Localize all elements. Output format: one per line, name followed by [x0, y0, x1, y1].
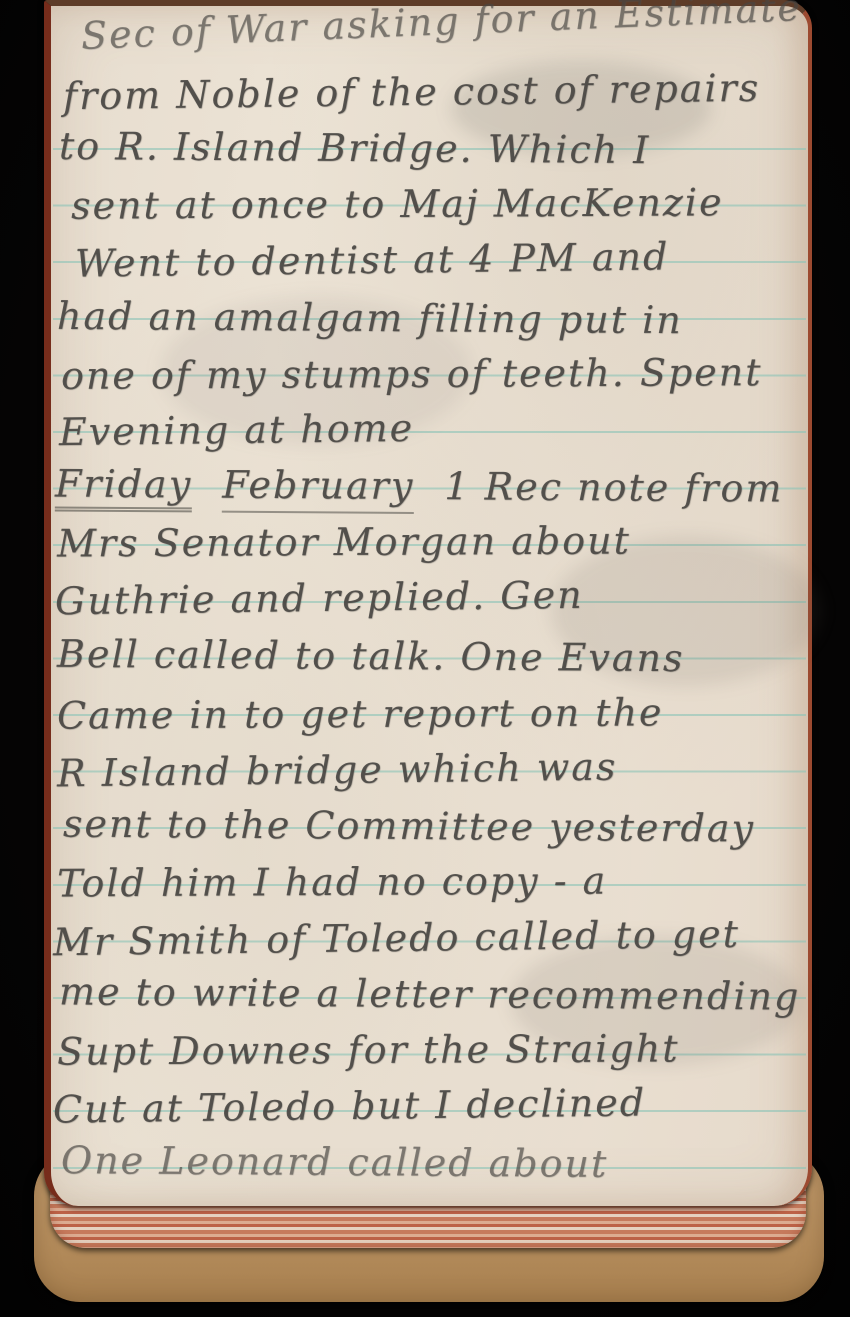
handwriting-line: Guthrie and replied. Gen [55, 571, 584, 625]
handwriting-line: me to write a letter recommending [59, 967, 801, 1020]
handwriting-line: Evening at home [59, 404, 415, 456]
handwriting-line: had an amalgam filling put in [57, 292, 683, 344]
day-word: Friday [55, 461, 192, 512]
date-rest: 1 Rec note from [444, 464, 783, 510]
handwriting-line: R Island bridge which was [57, 743, 618, 798]
handwriting-line: sent to the Committee yesterday [63, 800, 755, 853]
handwriting-line: Cut at Toledo but I declined [53, 1078, 647, 1133]
handwriting-line: from Noble of the cost of repairs [63, 64, 761, 121]
handwriting-line: one of my stumps of teeth. Spent [61, 348, 763, 400]
handwriting-line: Bell called to talk. One Evans [57, 630, 685, 682]
handwriting-line: Came in to get report on the [57, 688, 664, 739]
handwriting-line-date: Friday February 1 Rec note from [55, 459, 784, 512]
notebook-page: Sec of War asking for an Estimate from N… [44, 0, 812, 1206]
month-word: February [222, 463, 414, 514]
handwriting-line: Supt Downes for the Straight [57, 1024, 680, 1075]
handwriting-line: sent at once to Maj MacKenzie [71, 178, 724, 229]
handwriting-line: Mr Smith of Toledo called to get [53, 910, 740, 966]
handwriting-line: One Leonard called about [61, 1136, 609, 1188]
handwriting-line: Mrs Senator Morgan about [57, 516, 631, 567]
handwriting-line: Sec of War asking for an Estimate [80, 0, 803, 60]
photograph-background: Sec of War asking for an Estimate from N… [0, 0, 850, 1317]
handwriting-line: to R. Island Bridge. Which I [59, 122, 651, 174]
handwriting-line: Went to dentist at 4 PM and [75, 232, 670, 287]
handwriting-line: Told him I had no copy - a [57, 857, 607, 908]
